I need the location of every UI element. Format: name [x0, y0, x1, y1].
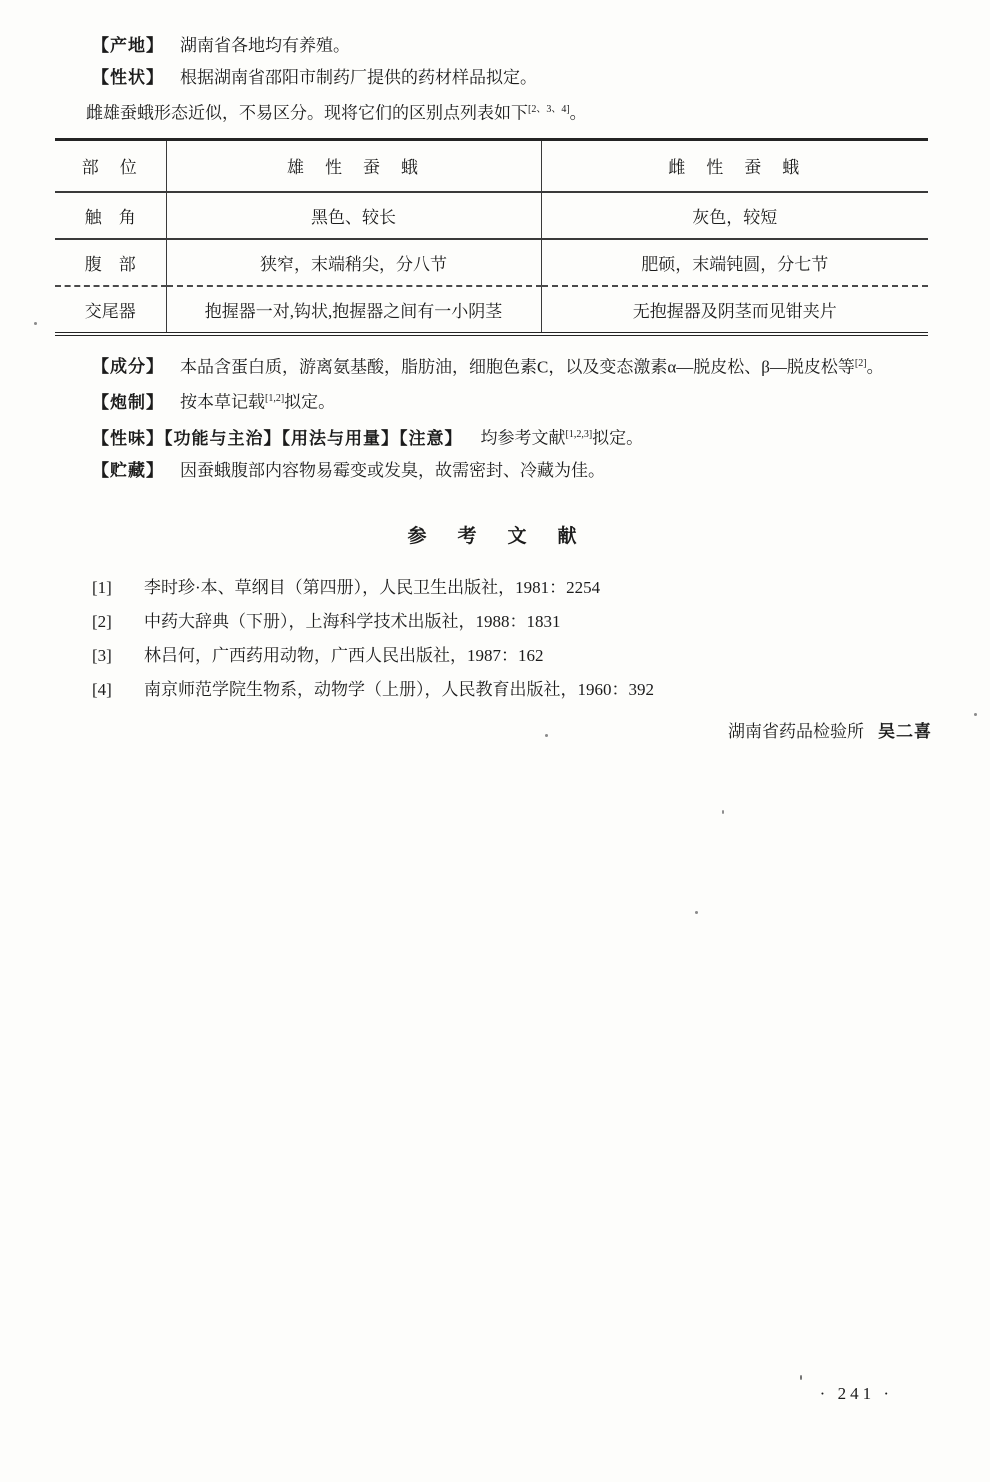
entry-origin-label: 【产地】 [92, 36, 164, 55]
entry-composition: 【成分】本品含蛋白质，游离氨基酸，脂肪油，细胞色素C，以及变态激素α—脱皮松、β… [92, 354, 950, 378]
attribution-organization: 湖南省药品检验所 [728, 722, 864, 741]
entry-properties-labels: 【性味】【功能与主治】【用法与用量】【注意】 [92, 429, 463, 448]
scan-noise-speck [722, 810, 724, 814]
cell-part: 腹 部 [55, 239, 166, 286]
entry-storage: 【贮藏】因蚕蛾腹部内容物易霉变或发臭，故需密封、冷藏为佳。 [92, 461, 950, 481]
attribution-author-name: 吴二喜 [878, 722, 932, 741]
reference-item: [1]李时珍·本、草纲目（第四册），人民卫生出版社，1981：2254 [92, 578, 930, 598]
cell-female: 肥硕，末端钝圆，分七节 [541, 239, 928, 286]
reference-item: [2]中药大辞典（下册），上海科学技术出版社，1988：1831 [92, 612, 930, 632]
entry-properties: 【性味】【功能与主治】【用法与用量】【注意】均参考文献[1,2,3]拟定。 [92, 425, 950, 449]
reference-text: 林吕何，广西药用动物，广西人民出版社，1987：162 [144, 646, 544, 665]
scanned-document-page: 【产地】湖南省各地均有养殖。 【性状】根据湖南省邵阳市制药厂提供的药材样品拟定。… [0, 0, 990, 1482]
citation-superscript: [2、3、4] [528, 104, 570, 115]
page-content: 【产地】湖南省各地均有养殖。 【性状】根据湖南省邵阳市制药厂提供的药材样品拟定。… [0, 0, 990, 742]
citation-superscript: [1,2,3] [566, 429, 593, 440]
scan-noise-speck [974, 713, 977, 716]
table-header-row: 部 位 雄 性 蚕 蛾 雌 性 蚕 蛾 [55, 139, 928, 192]
header-part: 部 位 [55, 139, 166, 192]
reference-text: 南京师范学院生物系，动物学（上册），人民教育出版社，1960：392 [144, 680, 654, 699]
reference-text: 中药大辞典（下册），上海科学技术出版社，1988：1831 [144, 612, 561, 631]
cell-male: 抱握器一对,钩状,抱握器之间有一小阴茎 [166, 286, 541, 334]
reference-number: [2] [92, 612, 144, 632]
cell-male: 狭窄，末端稍尖，分八节 [166, 239, 541, 286]
citation-superscript: [1,2] [265, 393, 284, 404]
entry-composition-text: 本品含蛋白质，游离氨基酸，脂肪油，细胞色素C，以及变态激素α—脱皮松、β—脱皮松… [180, 357, 855, 376]
references-list: [1]李时珍·本、草纲目（第四册），人民卫生出版社，1981：2254 [2]中… [92, 578, 930, 700]
entry-storage-text: 因蚕蛾腹部内容物易霉变或发臭，故需密封、冷藏为佳。 [180, 461, 605, 480]
table-intro-tail: 。 [570, 104, 587, 123]
reference-item: [4]南京师范学院生物系，动物学（上册），人民教育出版社，1960：392 [92, 680, 930, 700]
entry-description-text: 根据湖南省邵阳市制药厂提供的药材样品拟定。 [180, 68, 537, 87]
scan-noise-speck [695, 911, 698, 914]
references-heading: 参 考 文 献 [0, 521, 990, 548]
entry-processing-tail: 拟定。 [284, 393, 335, 412]
author-attribution: 湖南省药品检验所吴二喜 [0, 722, 932, 742]
table-row-genitalia: 交尾器 抱握器一对,钩状,抱握器之间有一小阴茎 无抱握器及阴茎而见钳夹片 [55, 286, 928, 334]
citation-superscript: [2] [855, 358, 867, 369]
entry-origin: 【产地】湖南省各地均有养殖。 [92, 36, 930, 56]
cell-male: 黑色、较长 [166, 192, 541, 239]
entry-description: 【性状】根据湖南省邵阳市制药厂提供的药材样品拟定。 [92, 68, 930, 88]
header-male-moth: 雄 性 蚕 蛾 [166, 139, 541, 192]
header-female-moth: 雌 性 蚕 蛾 [541, 139, 928, 192]
scan-noise-speck [34, 322, 37, 325]
entry-processing-text: 按本草记载 [180, 393, 265, 412]
entry-origin-text: 湖南省各地均有养殖。 [180, 36, 350, 55]
entry-properties-tail: 拟定。 [592, 429, 643, 448]
entry-processing-label: 【炮制】 [92, 393, 164, 412]
entry-storage-label: 【贮藏】 [92, 461, 164, 480]
reference-number: [1] [92, 578, 144, 598]
reference-number: [4] [92, 680, 144, 700]
scan-noise-speck [545, 734, 548, 737]
cell-part: 触 角 [55, 192, 166, 239]
cell-part: 交尾器 [55, 286, 166, 334]
comparison-table: 部 位 雄 性 蚕 蛾 雌 性 蚕 蛾 触 角 黑色、较长 灰色，较短 腹 部 … [55, 138, 928, 336]
table-intro-line: 雌雄蚕蛾形态近似，不易区分。现将它们的区别点列表如下[2、3、4]。 [86, 100, 930, 124]
scan-noise-speck [800, 1375, 802, 1380]
reference-number: [3] [92, 646, 144, 666]
table-row-antenna: 触 角 黑色、较长 灰色，较短 [55, 192, 928, 239]
cell-female: 灰色，较短 [541, 192, 928, 239]
reference-text: 李时珍·本、草纲目（第四册），人民卫生出版社，1981：2254 [144, 578, 600, 597]
page-number: · 241 · [820, 1384, 893, 1404]
entry-properties-text: 均参考文献 [481, 429, 566, 448]
table-intro-text: 雌雄蚕蛾形态近似，不易区分。现将它们的区别点列表如下 [86, 104, 528, 123]
reference-item: [3]林吕何，广西药用动物，广西人民出版社，1987：162 [92, 646, 930, 666]
entry-sections: 【成分】本品含蛋白质，游离氨基酸，脂肪油，细胞色素C，以及变态激素α—脱皮松、β… [0, 354, 990, 481]
table-row-abdomen: 腹 部 狭窄，末端稍尖，分八节 肥硕，末端钝圆，分七节 [55, 239, 928, 286]
entry-description-label: 【性状】 [92, 68, 164, 87]
entry-processing: 【炮制】按本草记载[1,2]拟定。 [92, 389, 950, 413]
entry-composition-tail: 。 [867, 357, 884, 376]
entry-composition-label: 【成分】 [92, 357, 164, 376]
cell-female: 无抱握器及阴茎而见钳夹片 [541, 286, 928, 334]
